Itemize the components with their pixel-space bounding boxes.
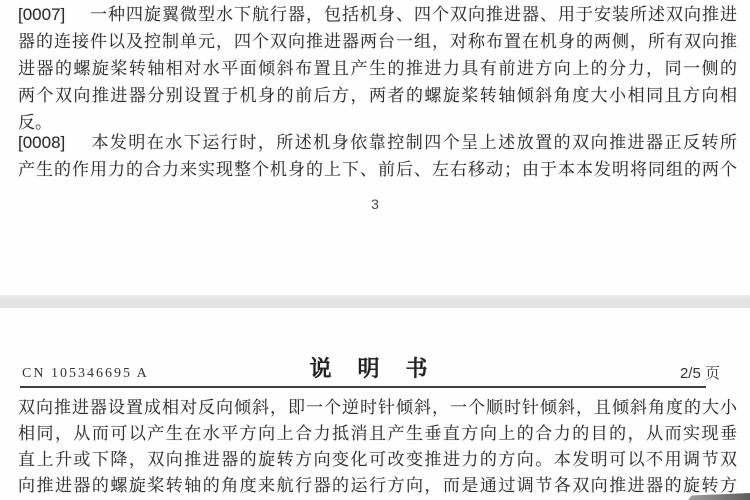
- text-line: [0007] 一种四旋翼微型水下航行器，包括机身、四个双向推进器、用于安装所述双…: [18, 1, 737, 28]
- text-line: 两个双向推进器分别设置于机身的前后方，两者的螺旋桨转轴倾斜角度大小相同且方向相: [18, 82, 737, 109]
- patent-document-scan: [0007] 一种四旋翼微型水下航行器，包括机身、四个双向推进器、用于安装所述双…: [0, 0, 750, 500]
- document-section-title: 说明书: [0, 352, 750, 383]
- text-line: [0008] 本发明在水下运行时，所述机身依靠控制四个呈上述放置的双向推进器正反…: [18, 129, 737, 156]
- page-gap-divider: [0, 295, 750, 308]
- header-rule: [20, 386, 706, 388]
- text-line: 产生的作用力的合力来实现整个机身的上下、前后、左右移动；由于本本发明将同组的两个: [18, 156, 737, 183]
- page-indicator: 2/5 页: [680, 362, 720, 383]
- text-line: 器的连接件以及控制单元，四个双向推进器两台一组，对称布置在机身的两侧，所有双向推: [18, 28, 737, 55]
- text-line: 直上升或下降，双向推进器的旋转方向变化可改变推进力的方向。本发明可以不用调节双: [18, 447, 737, 473]
- text-line: 相同，从而可以产生在水平方向上合力抵消且产生垂直方向上的合力的目的，从而实现垂: [18, 421, 737, 447]
- text-line: 向推进器的螺旋桨转轴的角度来航行器的运行方向，而是通过调节各双向推进器的旋转方: [18, 473, 737, 499]
- paragraph-0008: [0008] 本发明在水下运行时，所述机身依靠控制四个呈上述放置的双向推进器正反…: [18, 129, 737, 183]
- paragraph-0007: [0007] 一种四旋翼微型水下航行器，包括机身、四个双向推进器、用于安装所述双…: [18, 1, 737, 136]
- text-line: 双向推进器设置成相对反向倾斜，即一个逆时针倾斜，一个顺时针倾斜，且倾斜角度的大小: [18, 395, 737, 421]
- text-line: 进器的螺旋桨转轴相对水平面倾斜布置且产生的推进力具有前进方向上的分力，同一侧的: [18, 55, 737, 82]
- page2-body-text: 双向推进器设置成相对反向倾斜，即一个逆时针倾斜，一个顺时针倾斜，且倾斜角度的大小…: [18, 395, 737, 499]
- page-number-footer: 3: [0, 196, 750, 212]
